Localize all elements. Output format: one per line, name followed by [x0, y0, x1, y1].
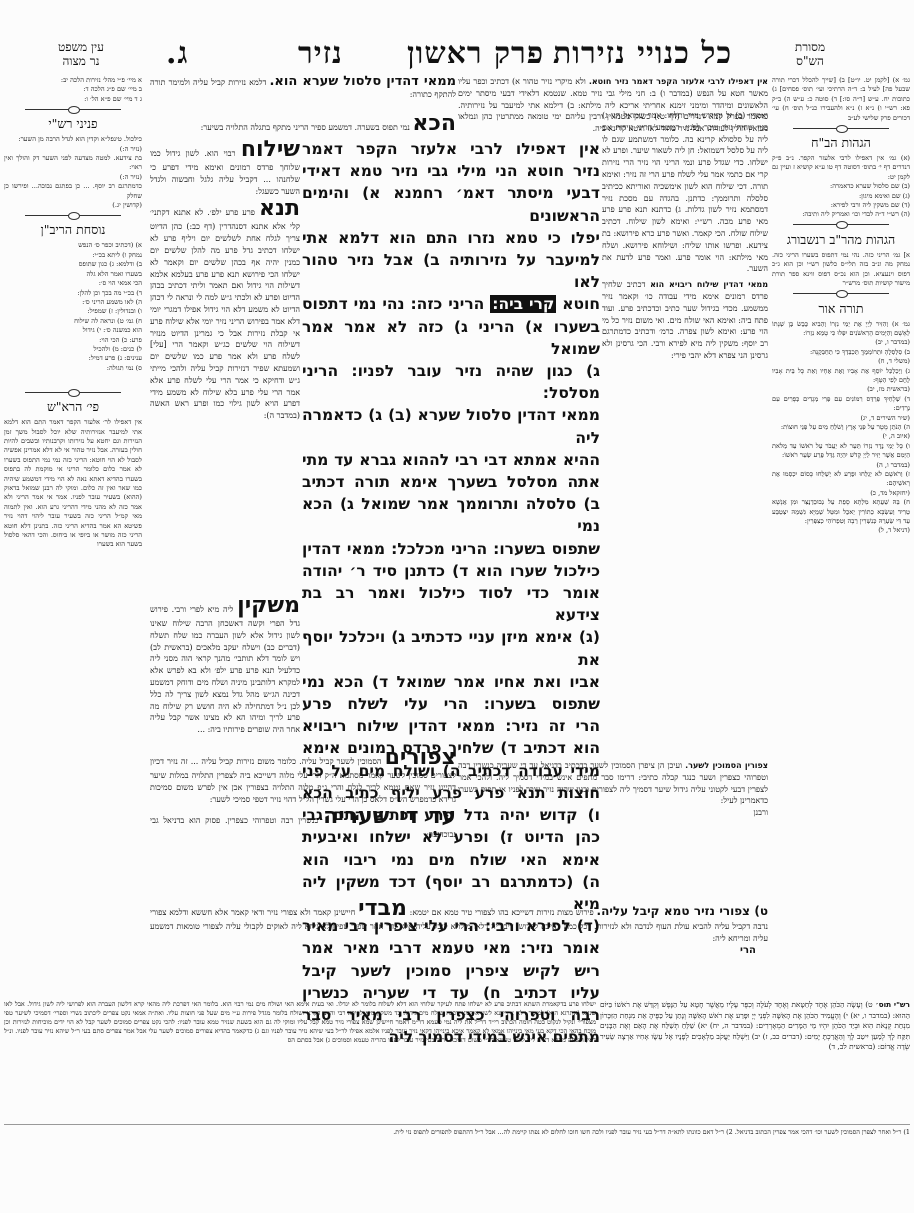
nusach-line: נמחק ו) ליתא בכ״י: [4, 251, 142, 260]
rashi-column-narrow: שילוח רבוי הוא. לשון גידול כמו שלוחך פרד… [150, 138, 300, 593]
nusach-line: ענינים: נ) פרע דמיל: [4, 354, 142, 363]
pninei-rashi-source: (נזיר ה:) [4, 145, 142, 154]
torah-or-source: (יחזקאל מד, כ) [772, 489, 910, 498]
ein-mishpat-heading: עין משפט נר מצוה [46, 40, 116, 68]
rosh-commentary: אין דאפילו לר׳ אלעזר הקפר דאמר התם הוא ד… [4, 418, 142, 550]
torah-or-verse: גמ׳ א) וְהִזִּיר לַיְיָ אֶת יְמֵי נִזְרו… [772, 320, 910, 339]
nusach-line: ס) נמי תגולה: [4, 364, 142, 373]
gemara-line: ממאי דהדין סלסול שערא (ב) ג) כדאמרה ליה [302, 404, 600, 448]
gemara-line: חוצות תנא פרע פרע יליף כתיב הכא [302, 782, 600, 804]
rashi-column: ממאי דהדין סלסול שערא הוא. דלמא נזירות ק… [150, 76, 456, 112]
catchword: הרי [740, 945, 756, 956]
gemara-line: אימא האי שולח מים נמי ריבוי הוא [302, 849, 600, 871]
nusach-line: בשערו ואמר הלא גלה [4, 270, 142, 279]
tosafot-text: ואמרי׳ (ב) זל ותירוש נזיר ותלחו: אמר שמו… [602, 110, 768, 275]
torah-or-source: (במדבר ו, יב) [772, 338, 910, 347]
rashi-text: פרע פרע ילפ׳. לא אתנא דקתני׳ קלי אלא אתנ… [150, 208, 300, 420]
torah-or-source: (איוב ה, י) [772, 432, 910, 441]
rashi-dibur-hamatchil: ט) צפורי נזיר טמא קיבל עליה. [597, 904, 768, 918]
gemara-line: אתה מסלסל בשערך אימא תורה דכתיב [302, 471, 600, 493]
gemara-line: חוטא קרי ביה: הריני כזה: נהי נמי דתפוס [302, 293, 600, 315]
ein-mishpat-entry: א מיי׳ פ״י מהל׳ נזירות הלכה יב: [4, 76, 142, 85]
nusach-line: ב) ודלמא: ג) כגון שתופס [4, 260, 142, 269]
hagahot-bach-entry: (ה) רש״י ד״ה לבדי וכו׳ ואמריק ליה ותיבה: [772, 210, 910, 219]
gemara-line: (ג) אימא מיזן עניי כדכתיב ג) ויכלכל יוסף… [302, 626, 600, 670]
pninei-rashi-source: (נזיר ה:) [4, 173, 142, 182]
chapter-name: כל כנויי נזירות [553, 36, 732, 71]
torah-or-source: (שיר השירים ד, יג) [772, 414, 910, 423]
masoret-hashas-notes: גמ׳ א) [לקמן יט. יו״ט] ב) [שייך להכלל דכ… [772, 76, 910, 123]
masoret-heading: מסורת הש"ס [770, 40, 850, 68]
nusach-riban-section: א) (דכתיב וכפר ס׳ הנפש נמחק ו) ליתא בכ״י… [4, 241, 142, 373]
bottom-verse-block: רש"י תוס׳ ט) וְעָשָׂה הַכֹּהֵן אֶחָד לְח… [600, 1000, 910, 1053]
gemara-line: ההיא אמתא דבי רבי לההוא גברא עד מתי [302, 449, 600, 471]
gemara-line: שתפוס בשערו: הריני מכלכל: ממאי דהדין [302, 538, 600, 560]
footnotes: 1) ר״ל ואחר לצפרן הסמוכין לשער וכו׳ דהכי… [4, 1128, 910, 1137]
nusach-line: א) (דכתיב וכפר ס׳ הנפש [4, 241, 142, 250]
gemara-line: שתפוס בשערו: הרי עלי לשלח פרע [302, 693, 600, 715]
ein-mishpat-entry: ב מיי׳ שם פ״ג הלכה ד: [4, 85, 142, 94]
pninei-rashi-entry: בת צידעא. למטה מצדעה לפני השער דק והולך … [4, 154, 142, 173]
gemara-line: כילכול שערו הוא ד) כדתנן סיד ר׳ יהודה [302, 560, 600, 582]
gemara-line: דבעי מיסתר דאמ׳ רחמנא א) והימים הראשונים [302, 182, 600, 226]
tosafot-column: אין דאפילו לרבי אלעזר הקפר דאמר נזיר חוט… [458, 76, 768, 108]
gemara-line: אומר נזיר: מאי טעמא דרבי מאיר אמר [302, 937, 600, 959]
page-number: ג. [166, 36, 188, 71]
torah-or-verse: ח) בַּהּ שַׁעֲתָא מִלְּתָא סָפַת עַל נְב… [772, 498, 910, 526]
rosh-title: פי׳ הרא"ש [4, 399, 142, 415]
gemara-line: ה) (כדמתרגם רב יוסף) דכד משקין ליה מיא [302, 871, 600, 915]
footnote-rule [4, 1124, 910, 1125]
ornament-divider [4, 210, 142, 220]
nusach-line: ל) כנים: מ) ולהכיל [4, 345, 142, 354]
gemara-line: ב) סלסלה ותרוממך אמר שמואל ג) הכא נמי [302, 493, 600, 537]
gemara-line: יפלו כי טמא נזרו התם הוא דלמא אתי [302, 227, 600, 249]
pninei-rashi-entry: כדמתרגם רב יוסף. ... כן בפתגם נבוכה... ו… [4, 182, 142, 201]
tosafot-paragraph: ממאי דהדין שילוח ריבויא הוא דכתיב שלחיך … [602, 279, 768, 362]
rashi-label: רש"י [894, 1000, 910, 1009]
torah-or-verse: ז) וְרֹאשָׁם לֹא יְגַלֵּחוּ וּפֶרַע לֹא … [772, 470, 910, 489]
gemara-line: נזיר חוטא הני מילי גבי נזיר טמא דאידי [302, 160, 600, 182]
highlighted-phrase[interactable]: קרי ביה: [490, 295, 556, 313]
gemara-line: למיעבר על נזירותיה ב) אבל נזיר טהור לאו [302, 249, 600, 293]
bottom-verses: רש"י תוס׳ ט) וְעָשָׂה הַכֹּהֵן אֶחָד לְח… [600, 1000, 910, 1053]
torah-or-source: (במדבר ו, ה) [772, 461, 910, 470]
nusach-line: ח) גמ׳ ט) ונראה לה שילוח [4, 317, 142, 326]
rashi-large-word: תנא [259, 196, 300, 221]
gemara-line: אומר כדי לסוד כילכול ואמר רב בת צידעא [302, 582, 600, 626]
nusach-line: ד) בכ״י מה בכך וכן להלן: [4, 289, 142, 298]
torah-or-section: גמ׳ א) וְהִזִּיר לַיְיָ אֶת יְמֵי נִזְרו… [772, 320, 910, 536]
pninei-rashi-title: פניני רש"י [4, 116, 142, 132]
ornament-divider [772, 123, 910, 133]
rashi-hacha: הכא נמי תפוס בשערה. דמשמע ספיר הריני מתק… [150, 112, 456, 138]
ein-mishpat-label: עין משפט [46, 40, 116, 54]
gemara-line: אין דאפילו לרבי אלעזר הקפר דאמר [302, 138, 600, 160]
gemara-line: הרי זה נזיר: ממאי דהדין שילוח ריבויא [302, 715, 600, 737]
bottom-verses-text: ט) וְעָשָׂה הַכֹּהֵן אֶחָד לְחַטָּאת וְא… [600, 1000, 910, 1051]
gemara-word: חוטא [562, 295, 600, 313]
bottom-commentary: ישלחו פרע בדקאמרת השתא דבתיב פרע לא ישלח… [4, 1000, 596, 1108]
torah-or-source: (דניאל ד, ל) [772, 526, 910, 535]
gemara-word: הריני כזה: נהי נמי דתפוס [302, 295, 484, 313]
gemara-line: ו) קדוש יהיה גדל פרע וכתיב התם גבי [302, 804, 600, 826]
ornament-divider [772, 220, 910, 230]
hagahot-bach-title: הגהות הב"ח [772, 135, 910, 151]
masoret-label: מסורת [770, 40, 850, 54]
gemara-line: ריש לקיש ציפרין סמוכין לשער קיבל [302, 960, 600, 982]
pninei-rashi-entry: כילכול. טינפל״א וקדין הוא לגדל הרבה מן ה… [4, 135, 142, 144]
nusach-line: הכי אמאי הוי ס׳: [4, 279, 142, 288]
rashi-large-word: שילוח [241, 138, 300, 162]
torah-or-title: תורה אור [772, 301, 910, 317]
torah-or-verse: ו) כָּל יְמֵי נֶדֶר נִזְרוֹ תַּעַר לֹא י… [772, 442, 910, 461]
ornament-divider [4, 387, 142, 397]
right-margin: גמ׳ א) [לקמן יט. יו״ט] ב) [שייך להכלל דכ… [772, 76, 910, 536]
gemara-text: אין דאפילו לרבי אלעזר הקפר דאמר נזיר חוט… [302, 138, 600, 1048]
hagahot-bach-entry: (א) גמ׳ אין דאפילו לרבי אלעזר הקפר. נ״ב … [772, 154, 910, 182]
nusach-line: ה) לאו משמע הריני ס׳: [4, 298, 142, 307]
nusach-line: הוא כמשנה ס׳: י) גידול [4, 326, 142, 335]
ner-mitzvah-label: נר מצוה [46, 54, 116, 68]
ornament-divider [772, 289, 910, 299]
pninei-rashi-source: (קדושין יג.) [4, 201, 142, 210]
torah-or-verse: ג) וַיְכַלְכֵּל יוֹסֵף אֶת אָבִיו וְאֶת … [772, 367, 910, 386]
ornament-divider [4, 104, 142, 114]
hagahot-bach-section: (א) גמ׳ אין דאפילו לרבי אלעזר הקפר. נ״ב … [772, 154, 910, 220]
torah-or-verse: ד) שְׁלָחַיִךְ פַּרְדֵּס רִמּוֹנִים עִם … [772, 395, 910, 414]
rashi-mashkin: משקין ליה מיא לפרי ורבי. פירוש גדל הפרי … [150, 594, 300, 744]
rashi-large-word: משקין [237, 594, 300, 618]
gemara-line: כהן הדיוט ז) ופרע לא ישלחו ואיבעית [302, 826, 600, 848]
gemara-line: מידי עבודה דכתיב ה) ושולח מים על פני [302, 760, 600, 782]
maharav-notes: א] גמ׳ הריני כזה. נהי נמי דתפוס בשערו הר… [772, 251, 910, 289]
ein-mishpat-entry: ג ד מיי׳ שם פ״א הל׳ ו: [4, 95, 142, 104]
tosafot-column-narrow: ואמרי׳ (ב) זל ותירוש נזיר ותלחו: אמר שמו… [602, 110, 768, 870]
tosafot-dibur-hamatchil: אין דאפילו לרבי אלעזר הקפר דאמר נזיר חוט… [589, 77, 768, 86]
torah-or-verse: ה) הַנֹּתֵן מָטָר עַל פְּנֵי אָרֶץ וְשֹׁ… [772, 423, 910, 432]
gemara-line: אביו ואת אחיו אמר שמואל ד) הכא נמי [302, 671, 600, 693]
tosafot-dibur-hamatchil: צפורין הסמוכין לשער. [685, 761, 768, 770]
rashi-large-word: הכא [412, 112, 456, 136]
rashi-text: נמי תפוס בשערה. דמשמע ספיר הריני מתקף בת… [201, 123, 410, 132]
gemara-line: הוא דכתיב ד) שלחיך פרדס רמונים אימא [302, 737, 600, 759]
nusach-line: פרע: כ) הכי הוי: [4, 336, 142, 345]
tosafot-text: דכתיב שלחיך פרדס רמונים אימא מידי עבודה … [602, 280, 768, 360]
rashi-text: ליה מיא לפרי ורבי. פירוש גדל הפרי וקשה ד… [150, 605, 300, 734]
gemara-line: (ד) לפירא ורבי: הרי עלי ציפרין רבי מאיר [302, 915, 600, 937]
rashi-dibur-hamatchil: ממאי דהדין סלסול שערא הוא. [269, 74, 456, 89]
pninei-rashi-section: כילכול. טינפל״א וקדין הוא לגדל הרבה מן ה… [4, 135, 142, 210]
nusach-riban-title: נוסחת הריב"ן [4, 222, 142, 238]
tractate-name: נזיר [298, 36, 343, 71]
ein-mishpat-entries: א מיי׳ פ״י מהל׳ נזירות הלכה יב: ב מיי׳ ש… [4, 76, 142, 104]
gemara-line: בשערו א) הריני ג) כזה לא אמר אמר שמואל [302, 316, 600, 360]
gemara-line: ג) כגון שהיה נזיר עובר לפניו: הריני מסלס… [302, 360, 600, 404]
left-margin: א מיי׳ פ״י מהל׳ נזירות הלכה יב: ב מיי׳ ש… [4, 76, 142, 550]
chapter-number: פרק ראשון [407, 36, 544, 71]
tosafot-dibur-hamatchil: ממאי דהדין שילוח ריבויא הוא [650, 280, 768, 289]
hagahot-bach-entry: (ד) שם משקין ליה ורבי לפירא: [772, 201, 910, 210]
hagahot-bach-entry: (ג) שם ואימא מיגון: [772, 192, 910, 201]
hashas-label: הש"ס [770, 54, 850, 68]
hagahot-bach-entry: (ב) שם סלסול שערא כדאמרה: [772, 182, 910, 191]
torah-or-verse: ב) סַלְסְלֶהָ וּתְרוֹמְמֶךָּ תְּכַבֵּדְך… [772, 348, 910, 357]
nusach-line: ו) ובנדולין: ז) שמפיל: [4, 307, 142, 316]
tosafot-label: תוס׳ [875, 1000, 891, 1009]
maharav-title: הגהות מהר"ב רנשבורג [772, 232, 910, 248]
torah-or-source: (משלי ד, ח) [772, 357, 910, 366]
torah-or-source: (בראשית מז, יב) [772, 385, 910, 394]
